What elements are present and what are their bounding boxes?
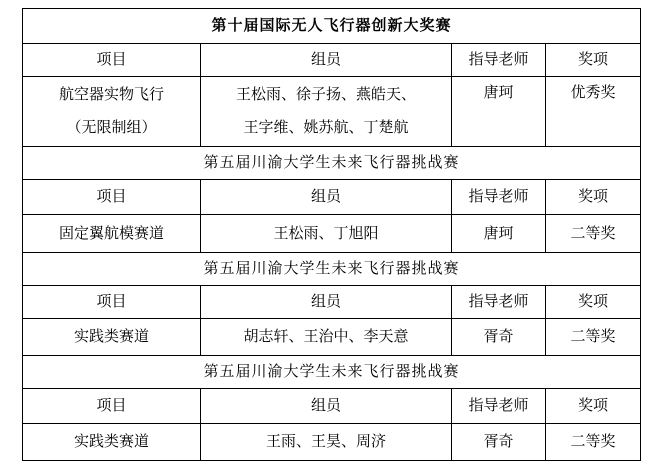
table-section: 第五届川渝大学生未来飞行器挑战赛 项目 组员 指导老师 奖项 实践类赛道 胡志轩… [23, 253, 641, 356]
table-section: 第五届川渝大学生未来飞行器挑战赛 项目 组员 指导老师 奖项 实践类赛道 王雨、… [23, 356, 641, 461]
header-teacher: 指导老师 [452, 389, 546, 424]
members-line: 王松雨、徐子扬、燕皓天、 [201, 79, 451, 112]
header-members: 组员 [201, 44, 452, 77]
cell-teacher: 唐珂 [452, 77, 546, 147]
cell-project: 实践类赛道 [23, 424, 201, 461]
table-row: 固定翼航模赛道 王松雨、丁旭阳 唐珂 二等奖 [23, 215, 641, 253]
table-section: 第十届国际无人飞行器创新大奖赛 项目 组员 指导老师 奖项 航空器实物飞行 （无… [23, 9, 641, 147]
header-row: 项目 组员 指导老师 奖项 [23, 44, 641, 77]
project-line: 航空器实物飞行 [23, 79, 200, 112]
section-title-row: 第十届国际无人飞行器创新大奖赛 [23, 9, 641, 44]
cell-award: 二等奖 [546, 215, 641, 253]
cell-project: 固定翼航模赛道 [23, 215, 201, 253]
header-members: 组员 [201, 286, 452, 319]
table-section: 第五届川渝大学生未来飞行器挑战赛 项目 组员 指导老师 奖项 固定翼航模赛道 王… [23, 147, 641, 253]
header-members: 组员 [201, 389, 452, 424]
table-row: 实践类赛道 胡志轩、王治中、李天意 胥奇 二等奖 [23, 319, 641, 356]
header-row: 项目 组员 指导老师 奖项 [23, 389, 641, 424]
members-line: 王字维、姚苏航、丁楚航 [201, 112, 451, 145]
header-project: 项目 [23, 180, 201, 215]
section-title-row: 第五届川渝大学生未来飞行器挑战赛 [23, 147, 641, 180]
cell-project: 实践类赛道 [23, 319, 201, 356]
cell-teacher: 胥奇 [452, 319, 546, 356]
cell-award: 优秀奖 [546, 77, 641, 147]
section-title: 第五届川渝大学生未来飞行器挑战赛 [23, 147, 641, 180]
header-award: 奖项 [546, 44, 641, 77]
cell-teacher: 胥奇 [452, 424, 546, 461]
header-award: 奖项 [546, 286, 641, 319]
header-award: 奖项 [546, 180, 641, 215]
section-title-row: 第五届川渝大学生未来飞行器挑战赛 [23, 356, 641, 389]
cell-award: 二等奖 [546, 424, 641, 461]
header-teacher: 指导老师 [452, 180, 546, 215]
header-teacher: 指导老师 [452, 44, 546, 77]
section-title-row: 第五届川渝大学生未来飞行器挑战赛 [23, 253, 641, 286]
cell-members: 胡志轩、王治中、李天意 [201, 319, 452, 356]
section-title: 第十届国际无人飞行器创新大奖赛 [23, 9, 641, 44]
header-award: 奖项 [546, 389, 641, 424]
header-row: 项目 组员 指导老师 奖项 [23, 286, 641, 319]
header-members: 组员 [201, 180, 452, 215]
header-teacher: 指导老师 [452, 286, 546, 319]
awards-table: 第十届国际无人飞行器创新大奖赛 项目 组员 指导老师 奖项 航空器实物飞行 （无… [22, 8, 641, 461]
cell-members: 王松雨、丁旭阳 [201, 215, 452, 253]
header-project: 项目 [23, 389, 201, 424]
section-title: 第五届川渝大学生未来飞行器挑战赛 [23, 253, 641, 286]
table-row: 实践类赛道 王雨、王昊、周济 胥奇 二等奖 [23, 424, 641, 461]
cell-members: 王雨、王昊、周济 [201, 424, 452, 461]
header-project: 项目 [23, 44, 201, 77]
header-row: 项目 组员 指导老师 奖项 [23, 180, 641, 215]
cell-members: 王松雨、徐子扬、燕皓天、 王字维、姚苏航、丁楚航 [201, 77, 452, 147]
header-project: 项目 [23, 286, 201, 319]
table-row: 航空器实物飞行 （无限制组） 王松雨、徐子扬、燕皓天、 王字维、姚苏航、丁楚航 … [23, 77, 641, 147]
cell-award: 二等奖 [546, 319, 641, 356]
section-title: 第五届川渝大学生未来飞行器挑战赛 [23, 356, 641, 389]
cell-teacher: 唐珂 [452, 215, 546, 253]
cell-project: 航空器实物飞行 （无限制组） [23, 77, 201, 147]
project-line: （无限制组） [23, 112, 200, 145]
